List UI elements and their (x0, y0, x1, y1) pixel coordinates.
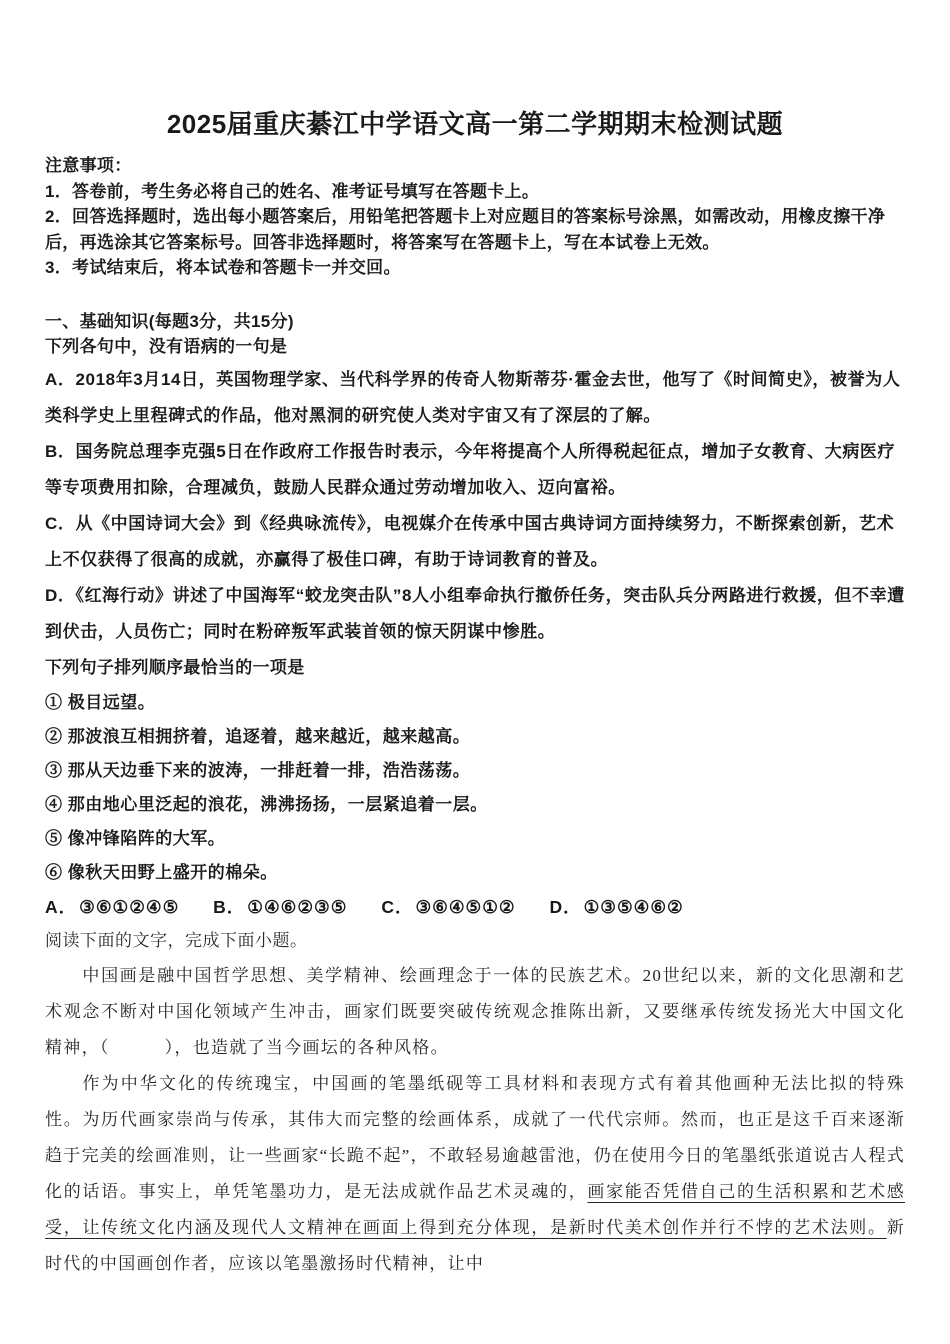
question2-choice-a: A．③⑥①②④⑤ (45, 897, 179, 917)
question2-sentence-4: ④ 那由地心里泛起的浪花，沸沸扬扬，一层紧追着一层。 (45, 788, 905, 822)
question2-choice-c: C．③⑥④⑤①② (381, 897, 515, 917)
notice-item-2: 2．回答选择题时，选出每小题答案后，用铅笔把答题卡上对应题目的答案标号涂黑，如需… (45, 204, 905, 255)
option-label: A． (45, 370, 75, 389)
notice-heading: 注意事项： (45, 153, 905, 179)
section-basic-knowledge: 一、基础知识(每题3分，共15分) 下列各句中，没有语病的一句是 A．2018年… (45, 309, 905, 1282)
choice-text: ①④⑥②③⑤ (247, 897, 347, 917)
reading-instruction: 阅读下面的文字，完成下面小题。 (45, 924, 905, 958)
option-text: 从《中国诗词大会》到《经典咏流传》，电视媒介在传承中国古典诗词方面持续努力，不断… (45, 514, 894, 569)
exam-paper-page: 2025届重庆綦江中学语文高一第二学期期末检测试题 注意事项： 1．答卷前，考生… (0, 0, 950, 1344)
question2-sentence-5: ⑤ 像冲锋陷阵的大军。 (45, 822, 905, 856)
choice-text: ①③⑤④⑥② (584, 897, 684, 917)
option-label: B． (45, 442, 75, 461)
question2-choices: A．③⑥①②④⑤ B．①④⑥②③⑤ C．③⑥④⑤①② D．①③⑤④⑥② (45, 890, 905, 924)
question2-choice-b: B．①④⑥②③⑤ (213, 897, 347, 917)
option-text: 2018年3月14日，英国物理学家、当代科学界的传奇人物斯蒂芬·霍金去世，他写了… (45, 370, 900, 425)
question1-option-a: A．2018年3月14日，英国物理学家、当代科学界的传奇人物斯蒂芬·霍金去世，他… (45, 362, 905, 434)
question2-choice-d: D．①③⑤④⑥② (549, 897, 683, 917)
choice-text: ③⑥④⑤①② (415, 897, 515, 917)
choice-label: C． (381, 897, 413, 917)
choice-label: A． (45, 897, 77, 917)
notice-item-3: 3．考试结束后，将本试卷和答题卡一并交回。 (45, 255, 905, 281)
page-title: 2025届重庆綦江中学语文高一第二学期期末检测试题 (45, 104, 905, 141)
option-text: 国务院总理李克强5日在作政府工作报告时表示，今年将提高个人所得税起征点，增加子女… (45, 442, 895, 497)
choice-label: B． (213, 897, 245, 917)
question2-sentence-6: ⑥ 像秋天田野上盛开的棉朵。 (45, 856, 905, 890)
choice-text: ③⑥①②④⑤ (79, 897, 179, 917)
notice-item-1: 1．答卷前，考生务必将自己的姓名、准考证号填写在答题卡上。 (45, 179, 905, 205)
question1-option-b: B．国务院总理李克强5日在作政府工作报告时表示，今年将提高个人所得税起征点，增加… (45, 434, 905, 506)
reading-paragraph-1: 中国画是融中国哲学思想、美学精神、绘画理念于一体的民族艺术。20世纪以来，新的文… (45, 958, 905, 1066)
question1-stem: 下列各句中，没有语病的一句是 (45, 334, 905, 359)
question2-sentences: ① 极目远望。 ② 那波浪互相拥挤着，追逐着，越来越近，越来越高。 ③ 那从天边… (45, 686, 905, 890)
question1-option-c: C．从《中国诗词大会》到《经典咏流传》，电视媒介在传承中国古典诗词方面持续努力，… (45, 506, 905, 578)
question2-sentence-2: ② 那波浪互相拥挤着，追逐着，越来越近，越来越高。 (45, 720, 905, 754)
question1-option-d: D．《红海行动》讲述了中国海军“蛟龙突击队”8人小组奉命执行撤侨任务，突击队兵分… (45, 578, 905, 650)
question2-sentence-1: ① 极目远望。 (45, 686, 905, 720)
question2-sentence-3: ③ 那从天边垂下来的波涛，一排赶着一排，浩浩荡荡。 (45, 754, 905, 788)
question2-stem: 下列句子排列顺序最恰当的一项是 (45, 650, 905, 686)
option-label: D． (45, 586, 75, 605)
choice-label: D． (549, 897, 581, 917)
section-heading: 一、基础知识(每题3分，共15分) (45, 309, 905, 334)
question1-options: A．2018年3月14日，英国物理学家、当代科学界的传奇人物斯蒂芬·霍金去世，他… (45, 362, 905, 650)
notice-section: 注意事项： 1．答卷前，考生务必将自己的姓名、准考证号填写在答题卡上。 2．回答… (45, 153, 905, 281)
option-label: C． (45, 514, 75, 533)
option-text: 《红海行动》讲述了中国海军“蛟龙突击队”8人小组奉命执行撤侨任务，突击队兵分两路… (45, 586, 905, 641)
reading-paragraph-2: 作为中华文化的传统瑰宝，中国画的笔墨纸砚等工具材料和表现方式有着其他画种无法比拟… (45, 1066, 905, 1282)
